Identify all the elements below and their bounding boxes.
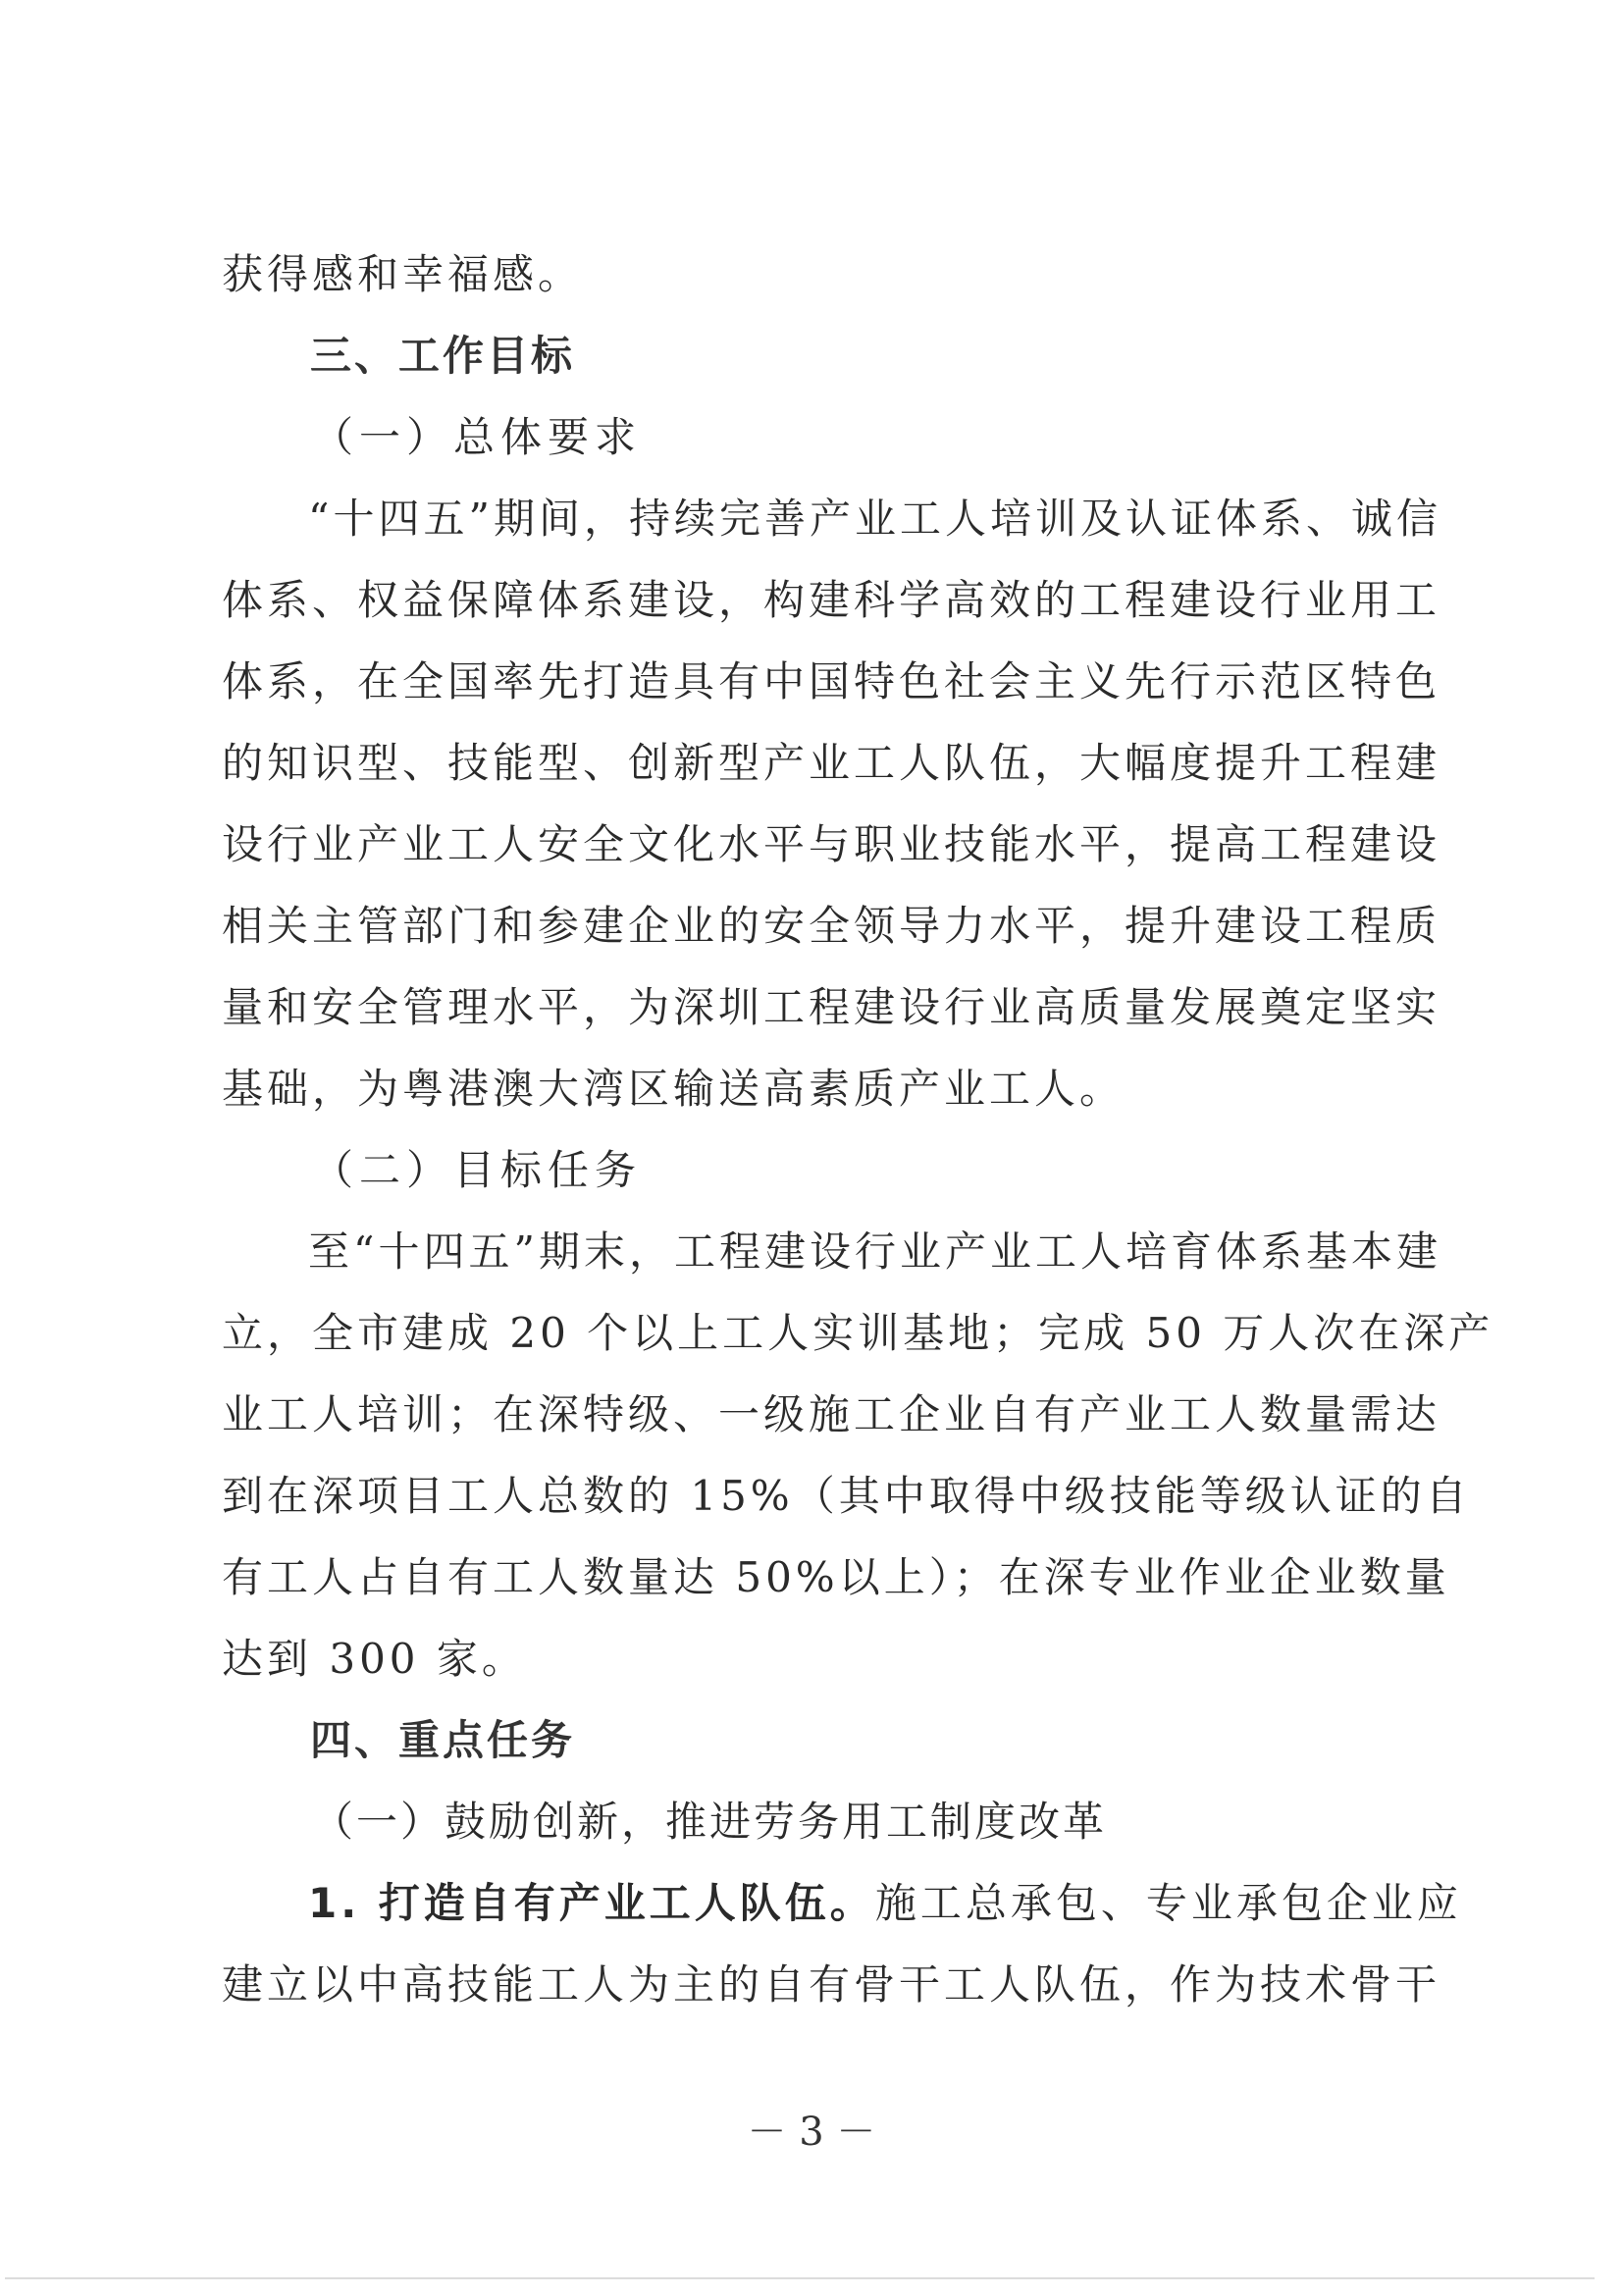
paragraph-line: 立，全市建成 20 个以上工人实训基地；完成 50 万人次在深产 <box>222 1292 1391 1374</box>
document-page: 获得感和幸福感。 三、工作目标 （一）总体要求 “十四五”期间，持续完善产业工人… <box>0 0 1623 2296</box>
paragraph-line: 相关主管部门和参建企业的安全领导力水平，提升建设工程质 <box>222 885 1391 966</box>
paragraph-line: 的知识型、技能型、创新型产业工人队伍，大幅度提升工程建 <box>222 722 1391 804</box>
paragraph-line: 达到 300 家。 <box>222 1618 1391 1699</box>
subsection-heading-target-tasks: （二）目标任务 <box>222 1129 1391 1211</box>
paragraph-line: 1. 打造自有产业工人队伍。施工总承包、专业承包企业应 <box>222 1862 1391 1944</box>
paragraph-line: 有工人占自有工人数量达 50%以上）；在深专业作业企业数量 <box>222 1537 1391 1618</box>
paragraph-line: 设行业产业工人安全文化水平与职业技能水平，提高工程建设 <box>222 804 1391 885</box>
subsection-heading-overall-requirements: （一）总体要求 <box>222 396 1391 478</box>
paragraph-text: 施工总承包、专业承包企业应 <box>875 1879 1462 1927</box>
paragraph-line: 建立以中高技能工人为主的自有骨干工人队伍，作为技术骨干 <box>222 1944 1391 2025</box>
paragraph-line: 量和安全管理水平，为深圳工程建设行业高质量发展奠定坚实 <box>222 966 1391 1048</box>
paragraph-line: 体系，在全国率先打造具有中国特色社会主义先行示范区特色 <box>222 641 1391 722</box>
paragraph-line: 体系、权益保障体系建设，构建科学高效的工程建设行业用工 <box>222 559 1391 641</box>
page-number: － 3 － <box>0 2110 1623 2155</box>
paragraph-line: 基础，为粤港澳大湾区输送高素质产业工人。 <box>222 1048 1391 1129</box>
paragraph-line: 获得感和幸福感。 <box>222 234 1391 315</box>
paragraph-line: “十四五”期间，持续完善产业工人培训及认证体系、诚信 <box>222 478 1391 559</box>
section-heading-work-goals: 三、工作目标 <box>222 315 1391 396</box>
paragraph-line: 业工人培训；在深特级、一级施工企业自有产业工人数量需达 <box>222 1374 1391 1455</box>
item-heading-own-workforce: 1. 打造自有产业工人队伍。 <box>308 1879 875 1927</box>
scan-edge-divider <box>5 2277 1595 2279</box>
paragraph-line: 到在深项目工人总数的 15%（其中取得中级技能等级认证的自 <box>222 1455 1391 1537</box>
paragraph-line: 至“十四五”期末，工程建设行业产业工人培育体系基本建 <box>222 1211 1391 1292</box>
section-heading-key-tasks: 四、重点任务 <box>222 1699 1391 1781</box>
subsection-heading-innovation-reform: （一）鼓励创新，推进劳务用工制度改革 <box>222 1781 1391 1862</box>
